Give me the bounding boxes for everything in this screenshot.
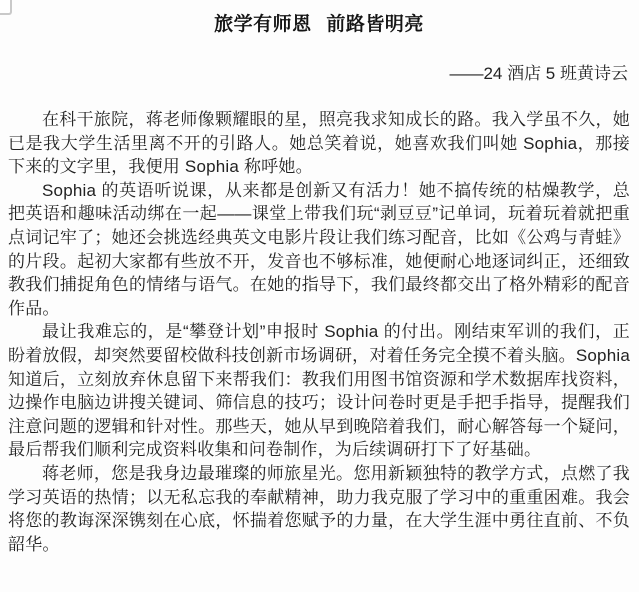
essay-paragraph-2: Sophia 的英语听说课，从来都是创新又有活力！她不搞传统的枯燥教学，总把英语… — [8, 179, 630, 321]
essay-title: 旅学有师恩 前路皆明亮 — [8, 12, 630, 38]
essay-body: 在科干旅院，蒋老师像颗耀眼的星，照亮我求知成长的路。我入学虽不久，她已是我大学生… — [8, 108, 630, 556]
frame-corner-border — [0, 0, 12, 15]
essay-byline: ——24 酒店 5 班黄诗云 — [8, 62, 628, 86]
essay-paragraph-3: 最让我难忘的，是“攀登计划”申报时 Sophia 的付出。刚结束军训的我们，正盼… — [8, 320, 630, 462]
essay-page: 旅学有师恩 前路皆明亮 ——24 酒店 5 班黄诗云 在科干旅院，蒋老师像颗耀眼… — [0, 0, 639, 592]
essay-paragraph-4: 蒋老师，您是我身边最璀璨的师旅星光。您用新颖独特的教学方式，点燃了我学习英语的热… — [8, 462, 630, 556]
essay-paragraph-1: 在科干旅院，蒋老师像颗耀眼的星，照亮我求知成长的路。我入学虽不久，她已是我大学生… — [8, 108, 630, 179]
